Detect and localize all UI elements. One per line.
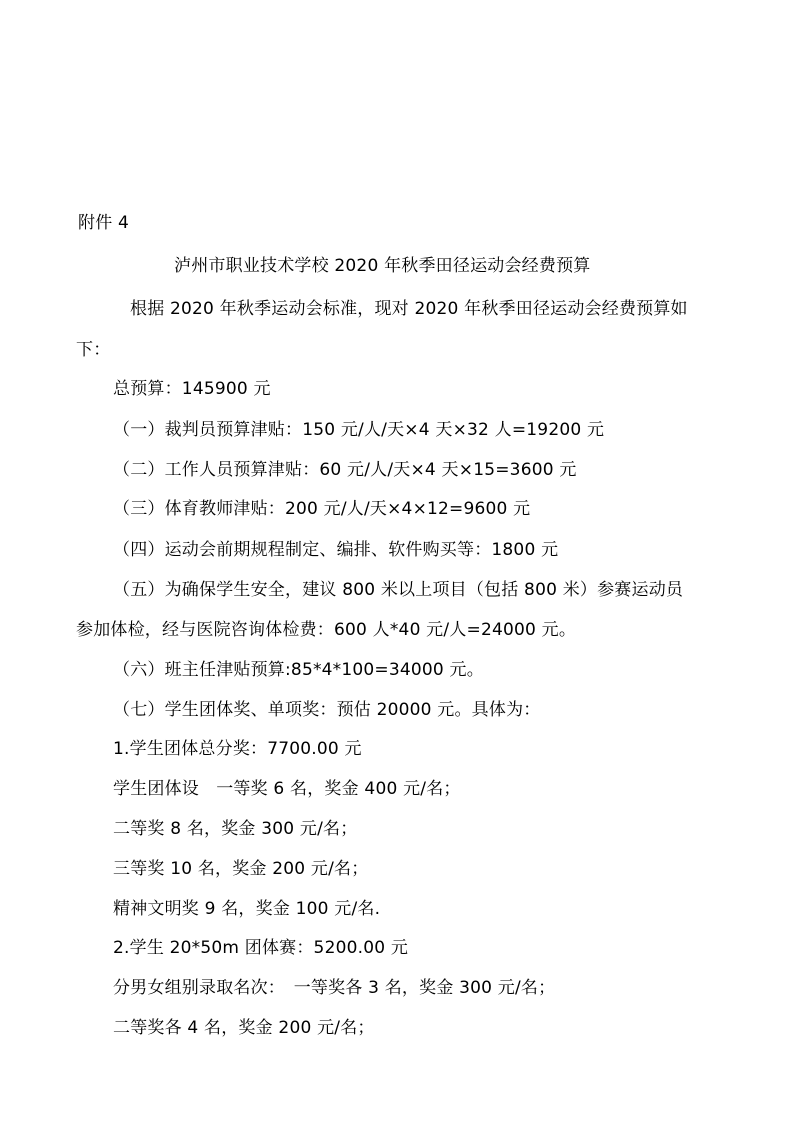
budget-item-4: （四）运动会前期规程制定、编排、软件购买等：1800 元 — [113, 540, 558, 560]
document-title: 泸州市职业技术学校 2020 年秋季田径运动会经费预算 — [174, 256, 590, 276]
budget-item-1: （一）裁判员预算津贴：150 元/人/天×4 天×32 人=19200 元 — [113, 420, 604, 440]
budget-item-5-continued: 参加体检，经与医院咨询体检费：600 人*40 元/人=24000 元。 — [76, 620, 576, 640]
budget-item-5: （五）为确保学生安全，建议 800 米以上项目（包括 800 米）参赛运动员 — [113, 580, 683, 600]
team-award-line-1: 学生团体设 一等奖 6 名，奖金 400 元/名； — [113, 779, 461, 799]
budget-item-3: （三）体育教师津贴：200 元/人/天×4×12=9600 元 — [113, 499, 530, 519]
relay-award-line-2: 二等奖各 4 名，奖金 200 元/名； — [113, 1018, 375, 1038]
budget-item-6: （六）班主任津贴预算:85*4*100=34000 元。 — [113, 660, 484, 680]
budget-item-2: （二）工作人员预算津贴：60 元/人/天×4 天×15=3600 元 — [113, 460, 577, 480]
team-award-line-2: 二等奖 8 名，奖金 300 元/名； — [113, 819, 357, 839]
total-budget: 总预算：145900 元 — [113, 379, 271, 399]
intro-paragraph-line-1: 根据 2020 年秋季运动会标准，现对 2020 年秋季田径运动会经费预算如 — [130, 299, 688, 319]
budget-item-7: （七）学生团体奖、单项奖：预估 20000 元。具体为： — [113, 700, 541, 720]
relay-award-line-1: 分男女组别录取名次： 一等奖各 3 名，奖金 300 元/名； — [113, 978, 555, 998]
intro-paragraph-line-2: 下： — [76, 340, 110, 360]
team-total-award-heading: 1.学生团体总分奖：7700.00 元 — [113, 739, 362, 759]
team-award-line-3: 三等奖 10 名，奖金 200 元/名； — [113, 859, 368, 879]
attachment-label: 附件 4 — [78, 213, 129, 233]
relay-award-heading: 2.学生 20*50m 团体赛：5200.00 元 — [113, 938, 408, 958]
team-award-line-4: 精神文明奖 9 名，奖金 100 元/名. — [113, 899, 380, 919]
